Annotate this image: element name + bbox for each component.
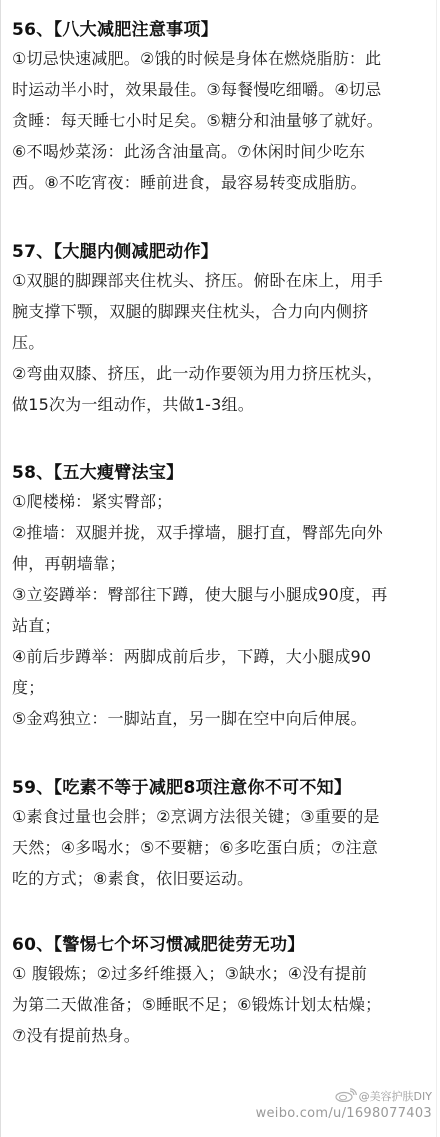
section-58: 58、【五大瘦臂法宝】 ①爬楼梯：紧实臀部； ②推墙：双腿并拢，双手撑墙，腿打直… (12, 461, 430, 735)
text-line: ①切忌快速减肥。②饿的时候是身体在燃烧脂肪：此 (12, 44, 430, 75)
text-line: 西。⑧不吃宵夜：睡前进食，最容易转变成脂肪。 (12, 168, 430, 199)
text-line: ⑤金鸡独立：一脚站直，另一脚在空中向后伸展。 (12, 704, 430, 735)
text-line: ①爬楼梯：紧实臀部； (12, 487, 430, 518)
section-57: 57、【大腿内侧减肥动作】 ①双腿的脚踝部夹住枕头、挤压。俯卧在床上，用手 腕支… (12, 240, 430, 421)
text-line: ④前后步蹲举：两脚成前后步，下蹲，大小腿成90 (12, 642, 430, 673)
text-line: ③立姿蹲举：臀部往下蹲，使大腿与小腿成90度，再 (12, 580, 430, 611)
watermark-url: weibo.com/u/1698077403 (256, 1105, 432, 1123)
section-heading: 59、【吃素不等于减肥8项注意你不可不知】 (12, 776, 430, 802)
text-line: 天然；④多喝水；⑤不要糖；⑥多吃蛋白质；⑦注意 (12, 833, 430, 864)
text-line: ①素食过量也会胖；②烹调方法很关键；③重要的是 (12, 802, 430, 833)
text-line: 腕支撑下颚，双腿的脚踝夹住枕头，合力向内侧挤 (12, 297, 430, 328)
text-line: 度； (12, 673, 430, 704)
text-line: ① 腹锻炼；②过多纤维摄入；③缺水；④没有提前 (12, 959, 430, 990)
weibo-watermark: @美容护肤DIY weibo.com/u/1698077403 (256, 1088, 432, 1123)
section-59: 59、【吃素不等于减肥8项注意你不可不知】 ①素食过量也会胖；②烹调方法很关键；… (12, 776, 430, 895)
text-line: ②推墙：双腿并拢，双手撑墙，腿打直，臀部先向外 (12, 518, 430, 549)
text-line: 吃的方式；⑧素食，依旧要运动。 (12, 864, 430, 895)
text-line: ②弯曲双膝、挤压，此一动作要领为用力挤压枕头， (12, 359, 430, 390)
section-heading: 56、【八大减肥注意事项】 (12, 18, 430, 44)
text-line: ⑦没有提前热身。 (12, 1021, 430, 1052)
section-heading: 58、【五大瘦臂法宝】 (12, 461, 430, 487)
text-line: 压。 (12, 328, 430, 359)
weibo-icon (335, 1088, 357, 1102)
watermark-user-row: @美容护肤DIY (256, 1088, 432, 1105)
section-56: 56、【八大减肥注意事项】 ①切忌快速减肥。②饿的时候是身体在燃烧脂肪：此 时运… (12, 18, 430, 199)
text-line: 为第二天做准备；⑤睡眠不足；⑥锻炼计划太枯燥； (12, 990, 430, 1021)
text-line: 时运动半小时，效果最佳。③每餐慢吃细嚼。④切忌 (12, 75, 430, 106)
section-60: 60、【警惕七个坏习惯减肥徒劳无功】 ① 腹锻炼；②过多纤维摄入；③缺水；④没有… (12, 933, 430, 1052)
text-line: ⑥不喝炒菜汤：此汤含油量高。⑦休闲时间少吃东 (12, 137, 430, 168)
section-heading: 60、【警惕七个坏习惯减肥徒劳无功】 (12, 933, 430, 959)
section-heading: 57、【大腿内侧减肥动作】 (12, 240, 430, 266)
watermark-user: @美容护肤DIY (359, 1090, 432, 1103)
text-line: 贪睡：每天睡七小时足矣。⑤糖分和油量够了就好。 (12, 106, 430, 137)
text-line: ①双腿的脚踝部夹住枕头、挤压。俯卧在床上，用手 (12, 266, 430, 297)
text-line: 做15次为一组动作，共做1-3组。 (12, 390, 430, 421)
text-line: 伸，再朝墙靠； (12, 549, 430, 580)
text-line: 站直； (12, 611, 430, 642)
